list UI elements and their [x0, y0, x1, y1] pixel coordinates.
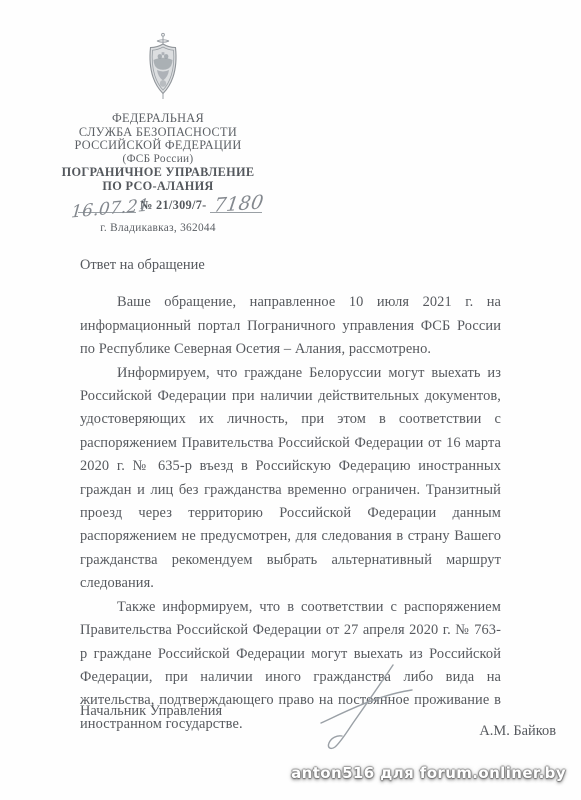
subject-line: Ответ на обращение: [80, 254, 501, 277]
body-paragraph: Ваше обращение, направленное 10 июля 202…: [80, 291, 501, 361]
number-blank-line: 7180: [210, 198, 262, 213]
org-name-line: СЛУЖБА БЕЗОПАСНОСТИ: [52, 126, 264, 140]
division-name-line: ПОГРАНИЧНОЕ УПРАВЛЕНИЕ: [52, 166, 264, 180]
letterhead: ФЕДЕРАЛЬНАЯ СЛУЖБА БЕЗОПАСНОСТИ РОССИЙСК…: [52, 112, 264, 234]
org-name-line: РОССИЙСКОЙ ФЕДЕРАЦИИ: [52, 139, 264, 153]
city-postal-line: г. Владикавказ, 362044: [52, 222, 264, 234]
org-short-name: (ФСБ России): [52, 153, 264, 166]
handwritten-date: 16.07.21: [70, 196, 150, 223]
fsb-shield-sword-emblem-icon: [146, 32, 180, 107]
handwritten-signature-icon: [315, 663, 415, 756]
org-name-line: ФЕДЕРАЛЬНАЯ: [52, 112, 264, 126]
handwritten-number: 7180: [212, 191, 265, 217]
body-paragraph: Информируем, что граждане Белоруссии мог…: [80, 362, 501, 596]
date-blank-line: 16.07.21: [78, 198, 136, 213]
watermark-text: anton516 для forum.onliner.by: [291, 764, 566, 782]
signer-name: А.М. Байков: [479, 723, 556, 740]
signer-title: Начальник Управления: [80, 703, 222, 720]
division-name-line: ПО РСО-АЛАНИЯ: [52, 180, 264, 194]
reference-line: 16.07.21 № 21/309/7- 7180: [52, 195, 264, 213]
letter-body: Ответ на обращение Ваше обращение, напра…: [80, 254, 501, 736]
scanned-letter-page: ФЕДЕРАЛЬНАЯ СЛУЖБА БЕЗОПАСНОСТИ РОССИЙСК…: [0, 0, 581, 800]
